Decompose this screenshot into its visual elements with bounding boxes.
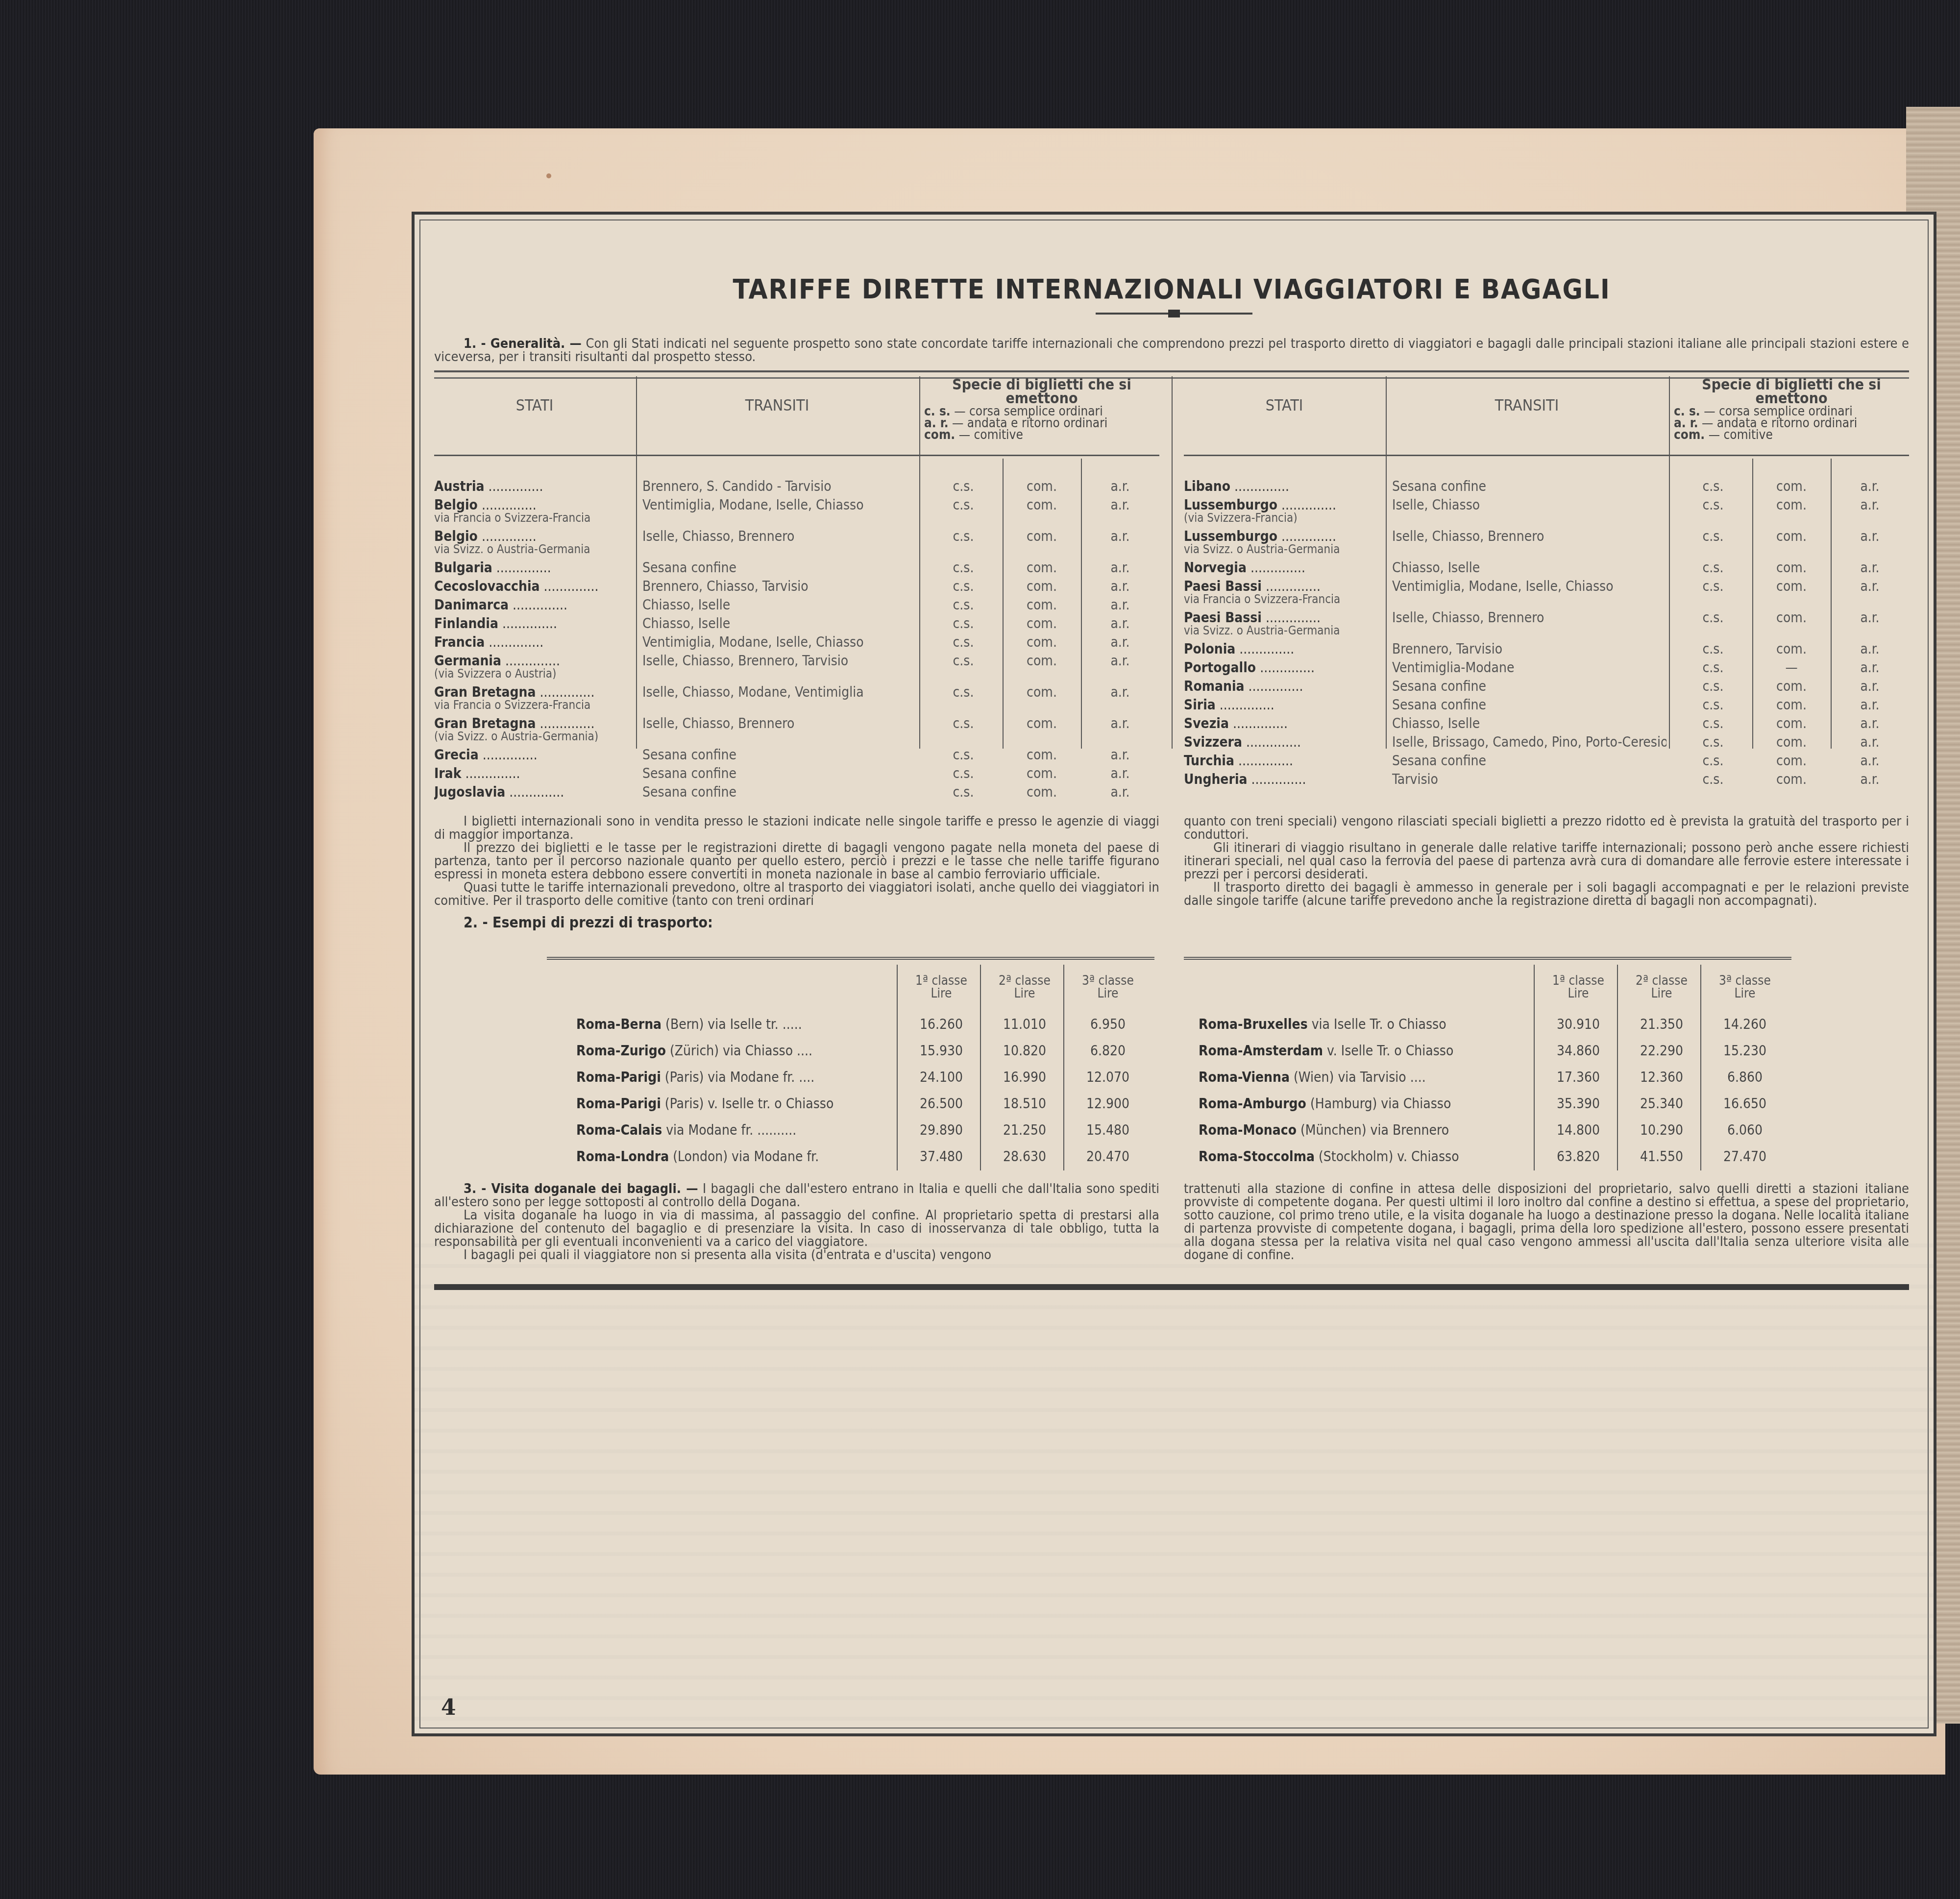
route-detail: via Modane fr. .......... [666,1122,796,1138]
transit-points: Ventimiglia, Modane, Iselle, Chiasso [1392,579,1666,594]
ticket-cs: c.s. [924,479,1003,494]
states-table-right: STATI TRANSITI Specie di biglietti che s… [1184,376,1909,456]
paper-spot [546,173,551,178]
ticket-ar: a.r. [1831,529,1909,544]
section3-paragraph: I bagagli pei quali il viaggiatore non s… [434,1248,1159,1262]
transit-points: Iselle, Chiasso, Brennero [642,529,917,544]
price-3rd-class: 6.820 [1066,1043,1150,1059]
title-ornament-rule [1096,313,1252,315]
route-name: Roma-Amsterdam [1199,1043,1323,1059]
price-1st-class: 15.930 [900,1043,983,1059]
state-name: Paesi Bassi ..............via Svizz. o A… [1184,610,1385,636]
ticket-com: com. [1752,698,1831,712]
ticket-cs: c.s. [1674,642,1752,657]
col-divider [636,376,637,749]
legend-com: com. — comitive [1674,429,1909,441]
route-detail: (Paris) v. Iselle tr. o Chiasso [665,1096,834,1112]
transit-points: Iselle, Chiasso [1392,498,1666,512]
header-stati: STATI [1184,396,1385,414]
price-1st-class: 30.910 [1537,1016,1620,1032]
col-divider [1534,965,1535,1170]
price-2nd-class: 10.820 [983,1043,1066,1059]
ticket-cs: c.s. [924,579,1003,594]
ticket-com: com. [1003,529,1081,544]
price-1st-class: 14.800 [1537,1122,1620,1138]
ticket-ar: a.r. [1831,479,1909,494]
ticket-ar: a.r. [1831,560,1909,575]
route-name: Roma-Berna [576,1016,661,1032]
ticket-cs: c.s. [924,785,1003,800]
price-3rd-class: 6.060 [1703,1122,1787,1138]
price-3rd-class: 20.470 [1066,1148,1150,1165]
state-name: Gran Bretagna ..............(via Svizz. … [434,716,635,742]
route-detail: (München) via Brennero [1300,1122,1449,1138]
col-divider [1617,965,1618,1170]
ticket-ar: a.r. [1081,748,1159,762]
state-name: Belgio ..............via Francia o Svizz… [434,498,635,523]
page-frame: TARIFFE DIRETTE INTERNAZIONALI VIAGGIATO… [412,212,1936,1736]
state-name: Svizzera .............. [1184,735,1385,750]
ticket-cs: c.s. [924,748,1003,762]
state-route-note: via Svizz. o Austria-Germania [1184,625,1385,636]
notes-left: I biglietti internazionali sono in vendi… [434,815,1159,929]
ticket-ar: a.r. [1831,716,1909,731]
state-name: Portogallo .............. [1184,660,1385,675]
ticket-ar: a.r. [1831,579,1909,594]
state-route-note: via Francia o Svizzera-Francia [434,512,635,523]
state-route-note: via Francia o Svizzera-Francia [1184,594,1385,605]
ticket-ar: a.r. [1831,698,1909,712]
route-detail: (Hamburg) via Chiasso [1310,1096,1451,1112]
ticket-ar: a.r. [1081,616,1159,631]
section-end-rule [434,1284,1909,1290]
header-transiti: TRANSITI [640,396,914,414]
price-1st-class: 16.260 [900,1016,983,1032]
states-table-header: STATI TRANSITI Specie di biglietti che s… [1184,376,1909,456]
note-paragraph: I biglietti internazionali sono in vendi… [434,815,1159,841]
class-column-header: 3ª classeLire [1066,974,1150,1000]
transit-points: Sesana confine [642,748,917,762]
price-3rd-class: 15.480 [1066,1122,1150,1138]
section3-paragraph: trattenuti alla stazione di confine in a… [1184,1182,1909,1262]
ticket-com: com. [1003,498,1081,512]
state-name: Polonia .............. [1184,642,1385,657]
ticket-com: com. [1003,654,1081,668]
class-column-header: 1ª classeLire [1537,974,1620,1000]
ticket-com: com. [1003,616,1081,631]
class-column-header: 1ª classeLire [900,974,983,1000]
price-2nd-class: 22.290 [1620,1043,1703,1059]
state-route-note: (via Svizzera o Austria) [434,668,635,679]
ticket-cs: c.s. [924,766,1003,781]
header-specie-title: Specie di biglietti che si emettono [1674,378,1909,406]
class-column-header: 3ª classeLire [1703,974,1787,1000]
ticket-cs: c.s. [1674,498,1752,512]
ticket-cs: c.s. [1674,660,1752,675]
price-3rd-class: 14.260 [1703,1016,1787,1032]
price-2nd-class: 41.550 [1620,1148,1703,1165]
ticket-com: com. [1003,785,1081,800]
route-detail: (London) via Modane fr. [673,1148,819,1165]
col-divider [1700,965,1701,1170]
ticket-ar: a.r. [1081,654,1159,668]
transit-points: Chiasso, Iselle [642,598,917,612]
route-detail: (Bern) via Iselle tr. ..... [665,1016,802,1032]
price-3rd-class: 6.860 [1703,1069,1787,1085]
ticket-com: com. [1003,560,1081,575]
ticket-com: com. [1752,642,1831,657]
state-name: Francia .............. [434,635,635,650]
ticket-ar: a.r. [1831,735,1909,750]
ticket-ar: a.r. [1831,610,1909,625]
price-1st-class: 37.480 [900,1148,983,1165]
ticket-ar: a.r. [1081,716,1159,731]
transit-points: Iselle, Chiasso, Modane, Ventimiglia [642,685,917,700]
ticket-cs: c.s. [1674,529,1752,544]
route-detail: via Iselle Tr. o Chiasso [1312,1016,1446,1032]
transit-points: Sesana confine [642,785,917,800]
state-route-note: (via Svizz. o Austria-Germania) [434,731,635,742]
route-detail: (Zürich) via Chiasso .... [670,1043,812,1059]
transit-points: Brennero, Tarvisio [1392,642,1666,657]
col-divider [919,376,920,749]
transit-points: Chiasso, Iselle [642,616,917,631]
price-3rd-class: 12.070 [1066,1069,1150,1085]
transit-points: Brennero, S. Candido - Tarvisio [642,479,917,494]
transit-points: Iselle, Chiasso, Brennero [1392,529,1666,544]
ticket-ar: a.r. [1831,754,1909,768]
state-name: Lussemburgo ..............via Svizz. o A… [1184,529,1385,555]
price-2nd-class: 28.630 [983,1148,1066,1165]
ticket-ar: a.r. [1081,479,1159,494]
route-name: Roma-Amburgo [1199,1096,1306,1112]
route-name: Roma-Parigi [576,1096,661,1112]
transit-points: Sesana confine [642,560,917,575]
ticket-com: com. [1752,754,1831,768]
states-table: STATI TRANSITI Specie di biglietti che s… [434,370,1909,379]
route-name: Roma-Zurigo [576,1043,666,1059]
ticket-cs: c.s. [924,498,1003,512]
price-examples-right: 1ª classeLire2ª classeLire3ª classeLireR… [1184,957,1791,1175]
section3-paragraph: La visita doganale ha luogo in via di ma… [434,1209,1159,1248]
state-route-note: via Svizz. o Austria-Germania [1184,544,1385,555]
ticket-cs: c.s. [924,598,1003,612]
price-2nd-class: 21.250 [983,1122,1066,1138]
section2-heading: 2. - Esempi di prezzi di trasporto: [464,916,1159,929]
price-1st-class: 35.390 [1537,1096,1620,1112]
ticket-ar: a.r. [1081,635,1159,650]
ticket-com: com. [1752,679,1831,694]
price-2nd-class: 25.340 [1620,1096,1703,1112]
col-divider [980,965,981,1170]
ticket-ar: a.r. [1081,598,1159,612]
ticket-cs: c.s. [924,529,1003,544]
route-name: Roma-Vienna [1199,1069,1290,1085]
transit-points: Tarvisio [1392,772,1666,787]
transit-points: Sesana confine [1392,679,1666,694]
transit-points: Ventimiglia, Modane, Iselle, Chiasso [642,498,917,512]
section1-text: Con gli Stati indicati nel seguente pros… [434,336,1909,365]
ticket-ar: a.r. [1831,679,1909,694]
col-divider [1669,376,1670,749]
state-name: Turchia .............. [1184,754,1385,768]
page-title: TARIFFE DIRETTE INTERNAZIONALI VIAGGIATO… [434,273,1909,305]
ticket-ar: a.r. [1081,560,1159,575]
state-name: Siria .............. [1184,698,1385,712]
col-divider [897,965,898,1170]
transit-points: Sesana confine [642,766,917,781]
route-name: Roma-Monaco [1199,1122,1297,1138]
ticket-cs: c.s. [1674,579,1752,594]
transit-points: Iselle, Brissago, Camedo, Pino, Porto-Ce… [1392,735,1666,750]
ticket-ar: a.r. [1081,766,1159,781]
ticket-com: com. [1003,579,1081,594]
notes-right: quanto con treni speciali) vengono rilas… [1184,815,1909,907]
ticket-ar: a.r. [1831,498,1909,512]
route-name: Roma-Londra [576,1148,669,1165]
state-name: Romania .............. [1184,679,1385,694]
state-name: Danimarca .............. [434,598,635,612]
transit-points: Iselle, Chiasso, Brennero [1392,610,1666,625]
ticket-com: com. [1003,748,1081,762]
header-specie: Specie di biglietti che si emettono c. s… [1674,378,1909,441]
ticket-com: com. [1752,479,1831,494]
state-name: Jugoslavia .............. [434,785,635,800]
ticket-com: — [1752,660,1831,675]
transit-points: Ventimiglia, Modane, Iselle, Chiasso [642,635,917,650]
ticket-cs: c.s. [924,616,1003,631]
state-name: Svezia .............. [1184,716,1385,731]
section3-left: 3. - Visita doganale dei bagagli. — I ba… [434,1182,1159,1262]
ticket-com: com. [1003,598,1081,612]
price-1st-class: 24.100 [900,1069,983,1085]
route-detail: v. Iselle Tr. o Chiasso [1327,1043,1453,1059]
class-column-header: 2ª classeLire [1620,974,1703,1000]
header-stati: STATI [434,396,635,414]
price-2nd-class: 21.350 [1620,1016,1703,1032]
ticket-cs: c.s. [1674,479,1752,494]
ticket-cs: c.s. [924,685,1003,700]
ticket-com: com. [1752,772,1831,787]
route-name: Roma-Calais [576,1122,662,1138]
section3-paragraph: 3. - Visita doganale dei bagagli. — I ba… [434,1182,1159,1209]
price-1st-class: 34.860 [1537,1043,1620,1059]
route-name: Roma-Stoccolma [1199,1148,1315,1165]
transit-points: Chiasso, Iselle [1392,560,1666,575]
center-divider [1172,376,1173,749]
state-name: Germania ..............(via Svizzera o A… [434,654,635,679]
transit-points: Ventimiglia-Modane [1392,660,1666,675]
price-2nd-class: 16.990 [983,1069,1066,1085]
price-3rd-class: 6.950 [1066,1016,1150,1032]
price-3rd-class: 12.900 [1066,1096,1150,1112]
route-detail: (Wien) via Tarvisio .... [1294,1069,1426,1085]
price-2nd-class: 11.010 [983,1016,1066,1032]
state-name: Cecoslovacchia .............. [434,579,635,594]
ticket-com: com. [1752,498,1831,512]
state-name: Lussemburgo ..............(via Svizzera-… [1184,498,1385,523]
ticket-ar: a.r. [1081,529,1159,544]
ticket-com: com. [1752,735,1831,750]
state-name: Bulgaria .............. [434,560,635,575]
transit-points: Sesana confine [1392,698,1666,712]
ticket-com: com. [1752,579,1831,594]
ticket-com: com. [1003,635,1081,650]
header-transiti: TRANSITI [1390,396,1664,414]
price-2nd-class: 12.360 [1620,1069,1703,1085]
states-table-header: STATI TRANSITI Specie di biglietti che s… [434,376,1159,456]
transit-points: Brennero, Chiasso, Tarvisio [642,579,917,594]
ticket-cs: c.s. [1674,560,1752,575]
transit-points: Chiasso, Iselle [1392,716,1666,731]
price-1st-class: 29.890 [900,1122,983,1138]
price-3rd-class: 16.650 [1703,1096,1787,1112]
ticket-ar: a.r. [1081,685,1159,700]
state-name: Gran Bretagna ..............via Francia … [434,685,635,710]
legend-com: com. — comitive [924,429,1159,441]
state-name: Irak .............. [434,766,635,781]
note-paragraph: Gli itinerari di viaggio risultano in ge… [1184,841,1909,881]
ticket-cs: c.s. [924,635,1003,650]
note-paragraph: quanto con treni speciali) vengono rilas… [1184,815,1909,841]
ticket-cs: c.s. [924,716,1003,731]
state-name: Norvegia .............. [1184,560,1385,575]
price-1st-class: 17.360 [1537,1069,1620,1085]
ticket-cs: c.s. [1674,735,1752,750]
ticket-com: com. [1752,560,1831,575]
price-1st-class: 63.820 [1537,1148,1620,1165]
transit-points: Sesana confine [1392,754,1666,768]
page-number: 4 [441,1695,456,1720]
ticket-ar: a.r. [1081,579,1159,594]
ticket-ar: a.r. [1081,498,1159,512]
state-route-note: (via Svizzera-Francia) [1184,512,1385,523]
state-name: Austria .............. [434,479,635,494]
ticket-com: com. [1752,716,1831,731]
state-name: Paesi Bassi ..............via Francia o … [1184,579,1385,605]
state-route-note: via Svizz. o Austria-Germania [434,544,635,555]
price-3rd-class: 27.470 [1703,1148,1787,1165]
ticket-cs: c.s. [1674,754,1752,768]
state-name: Libano .............. [1184,479,1385,494]
route-name: Roma-Bruxelles [1199,1016,1308,1032]
header-specie-title: Specie di biglietti che si emettono [924,378,1159,406]
ticket-cs: c.s. [924,654,1003,668]
reverse-side-bleed-through [415,1243,1934,1733]
class-column-header: 2ª classeLire [983,974,1066,1000]
ticket-ar: a.r. [1831,642,1909,657]
state-route-note: via Francia o Svizzera-Francia [434,700,635,710]
state-name: Grecia .............. [434,748,635,762]
states-table-left: STATI TRANSITI Specie di biglietti che s… [434,376,1159,456]
ticket-cs: c.s. [1674,772,1752,787]
ticket-com: com. [1752,529,1831,544]
ticket-cs: c.s. [1674,698,1752,712]
price-1st-class: 26.500 [900,1096,983,1112]
route-name: Roma-Parigi [576,1069,661,1085]
ticket-com: com. [1752,610,1831,625]
ticket-com: com. [1003,766,1081,781]
state-name: Finlandia .............. [434,616,635,631]
transit-points: Iselle, Chiasso, Brennero, Tarvisio [642,654,917,668]
section3-right: trattenuti alla stazione di confine in a… [1184,1182,1909,1262]
note-paragraph: Il trasporto diretto dei bagagli è ammes… [1184,881,1909,907]
price-2nd-class: 10.290 [1620,1122,1703,1138]
ticket-ar: a.r. [1831,660,1909,675]
state-name: Ungheria .............. [1184,772,1385,787]
ticket-cs: c.s. [1674,610,1752,625]
section1-intro: 1. - Generalità. — Con gli Stati indicat… [434,337,1909,364]
transit-points: Iselle, Chiasso, Brennero [642,716,917,731]
note-paragraph: Quasi tutte le tariffe internazionali pr… [434,881,1159,907]
ticket-ar: a.r. [1081,785,1159,800]
route-detail: (Stockholm) v. Chiasso [1319,1148,1459,1165]
price-examples-left: 1ª classeLire2ª classeLire3ª classeLireR… [547,957,1154,1175]
price-3rd-class: 15.230 [1703,1043,1787,1059]
route-detail: (Paris) via Modane fr. .... [665,1069,815,1085]
ticket-cs: c.s. [1674,716,1752,731]
header-specie: Specie di biglietti che si emettono c. s… [924,378,1159,441]
ticket-com: com. [1003,685,1081,700]
state-name: Belgio ..............via Svizz. o Austri… [434,529,635,555]
ticket-com: com. [1003,716,1081,731]
ticket-cs: c.s. [924,560,1003,575]
transit-points: Sesana confine [1392,479,1666,494]
ticket-com: com. [1003,479,1081,494]
ticket-cs: c.s. [1674,679,1752,694]
col-divider [1386,376,1387,749]
col-divider [1063,965,1064,1170]
note-paragraph: Il prezzo dei biglietti e le tasse per l… [434,841,1159,881]
price-2nd-class: 18.510 [983,1096,1066,1112]
ticket-ar: a.r. [1831,772,1909,787]
